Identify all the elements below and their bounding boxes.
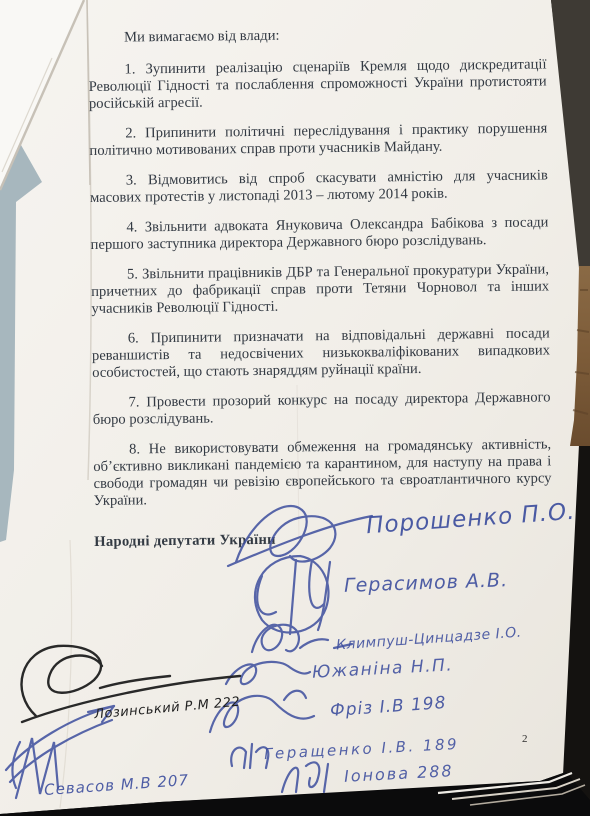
document-body: Ми вимагаємо від влади: 1. Зупинити реал… bbox=[88, 24, 552, 564]
demand-6: 6. Припинити призначати на відповідальні… bbox=[92, 325, 551, 382]
demand-4: 4. Звільнити адвоката Януковича Олександ… bbox=[90, 214, 548, 254]
demand-3: 3. Відмовитись від спроб скасувати амніс… bbox=[90, 167, 548, 207]
demand-7: 7. Провести прозорий конкурс на посаду д… bbox=[92, 389, 550, 429]
page-number: 2 bbox=[522, 733, 528, 745]
demand-1: 1. Зупинити реалізацію сценаріїв Кремля … bbox=[88, 56, 547, 113]
demand-8: 8. Не використовувати обмеження на грома… bbox=[93, 436, 552, 510]
signatories-label: Народні депутати України bbox=[94, 528, 552, 551]
demand-5: 5. Звільнити працівників ДБР та Генераль… bbox=[91, 261, 550, 318]
document-photo: Ми вимагаємо від влади: 1. Зупинити реал… bbox=[0, 0, 590, 816]
demand-2: 2. Припинити політичні переслідування і … bbox=[89, 120, 547, 160]
